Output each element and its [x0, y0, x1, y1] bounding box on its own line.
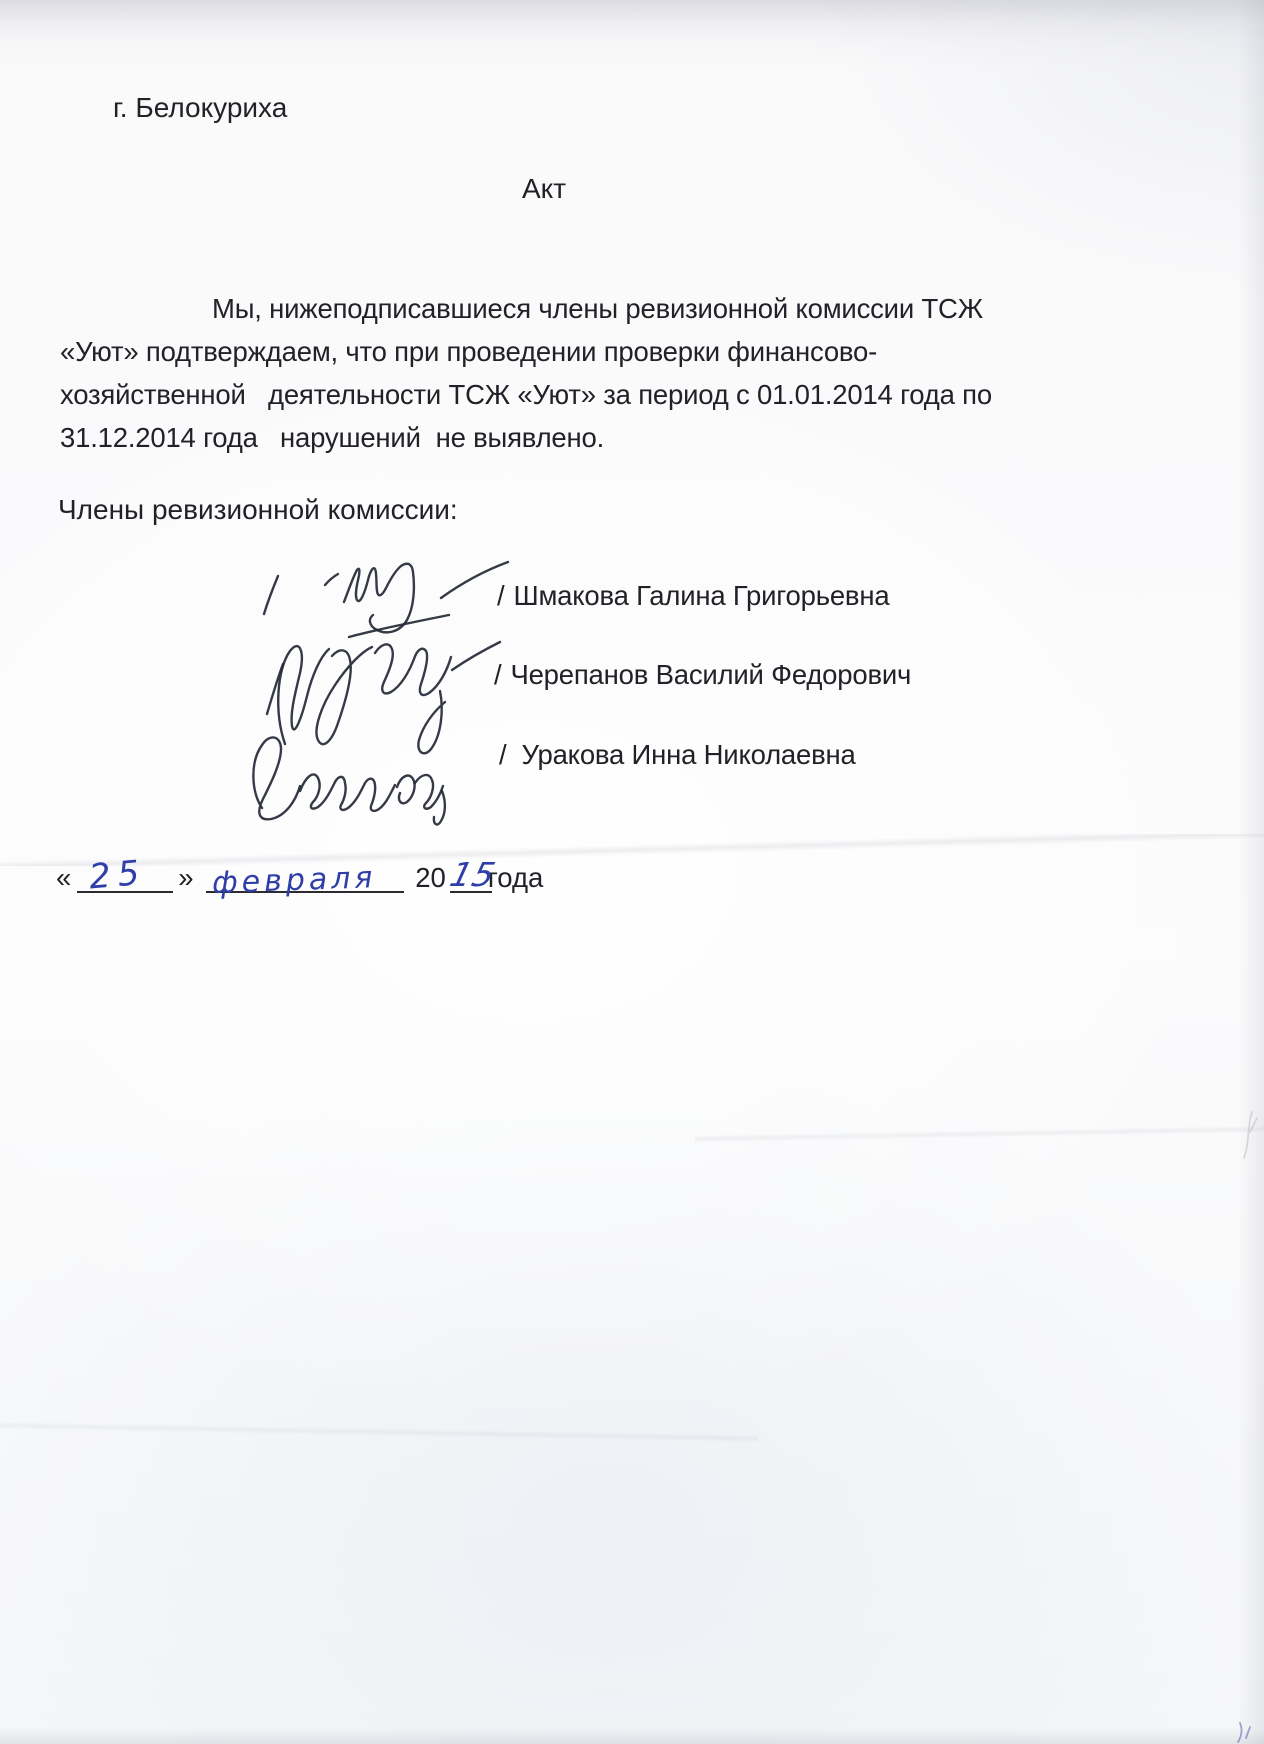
- body-paragraph: Мы, нижеподписавшиеся члены ревизионной …: [60, 287, 992, 459]
- city-line: г. Белокуриха: [113, 92, 287, 124]
- year-prefix: 20: [415, 862, 446, 893]
- signature-shmakova: [264, 562, 508, 637]
- signer-name: Черепанов Василий Федорович: [510, 659, 911, 690]
- signer-row-urakova: /Уракова Инна Николаевна: [499, 739, 856, 771]
- year-blank: 15: [450, 861, 492, 893]
- handwritten-year: 15: [446, 855, 500, 894]
- stray-pencil-mark: [1244, 1112, 1257, 1158]
- signer-name: Уракова Инна Николаевна: [521, 739, 855, 770]
- stray-pen-mark: [1238, 1723, 1250, 1742]
- body-line: «Уют» подтверждаем, что при проведении п…: [60, 330, 992, 373]
- page-title: Акт: [522, 173, 566, 205]
- slash-separator: /: [497, 580, 504, 612]
- paper-shadow-bottom: [0, 1728, 1264, 1744]
- day-blank: 25: [77, 861, 173, 893]
- slash-separator: /: [494, 659, 501, 691]
- year-suffix: года: [488, 862, 543, 893]
- signature-urakova: [253, 737, 445, 824]
- month-blank: февраля: [206, 861, 404, 893]
- signer-name: Шмакова Галина Григорьевна: [513, 580, 889, 611]
- body-line: 31.12.2014 года нарушений не выявлено.: [60, 416, 992, 459]
- paper-shadow-right: [1238, 0, 1264, 1744]
- body-line: хозяйственной деятельности ТСЖ «Уют» за …: [60, 373, 992, 416]
- body-line: Мы, нижеподписавшиеся члены ревизионной …: [60, 287, 992, 330]
- slash-separator: /: [499, 739, 506, 771]
- open-quote: «: [56, 862, 71, 893]
- paper-crease-lower: [0, 1418, 758, 1446]
- paper-crease-right: [695, 1120, 1264, 1148]
- date-line: «25»февраля 2015года: [56, 861, 543, 894]
- signer-row-cherepanov: /Черепанов Василий Федорович: [494, 659, 911, 691]
- handwritten-month: февраля: [211, 860, 377, 901]
- signer-row-shmakova: /Шмакова Галина Григорьевна: [497, 580, 889, 612]
- handwritten-day: 25: [88, 853, 149, 898]
- paper-shadow-top: [0, 0, 1264, 44]
- close-quote: »: [178, 862, 193, 893]
- scanned-document-page: г. Белокуриха Акт Мы, нижеподписавшиеся …: [0, 0, 1264, 1744]
- signature-cherepanov: [267, 642, 500, 753]
- commission-members-label: Члены ревизионной комиссии:: [58, 494, 458, 526]
